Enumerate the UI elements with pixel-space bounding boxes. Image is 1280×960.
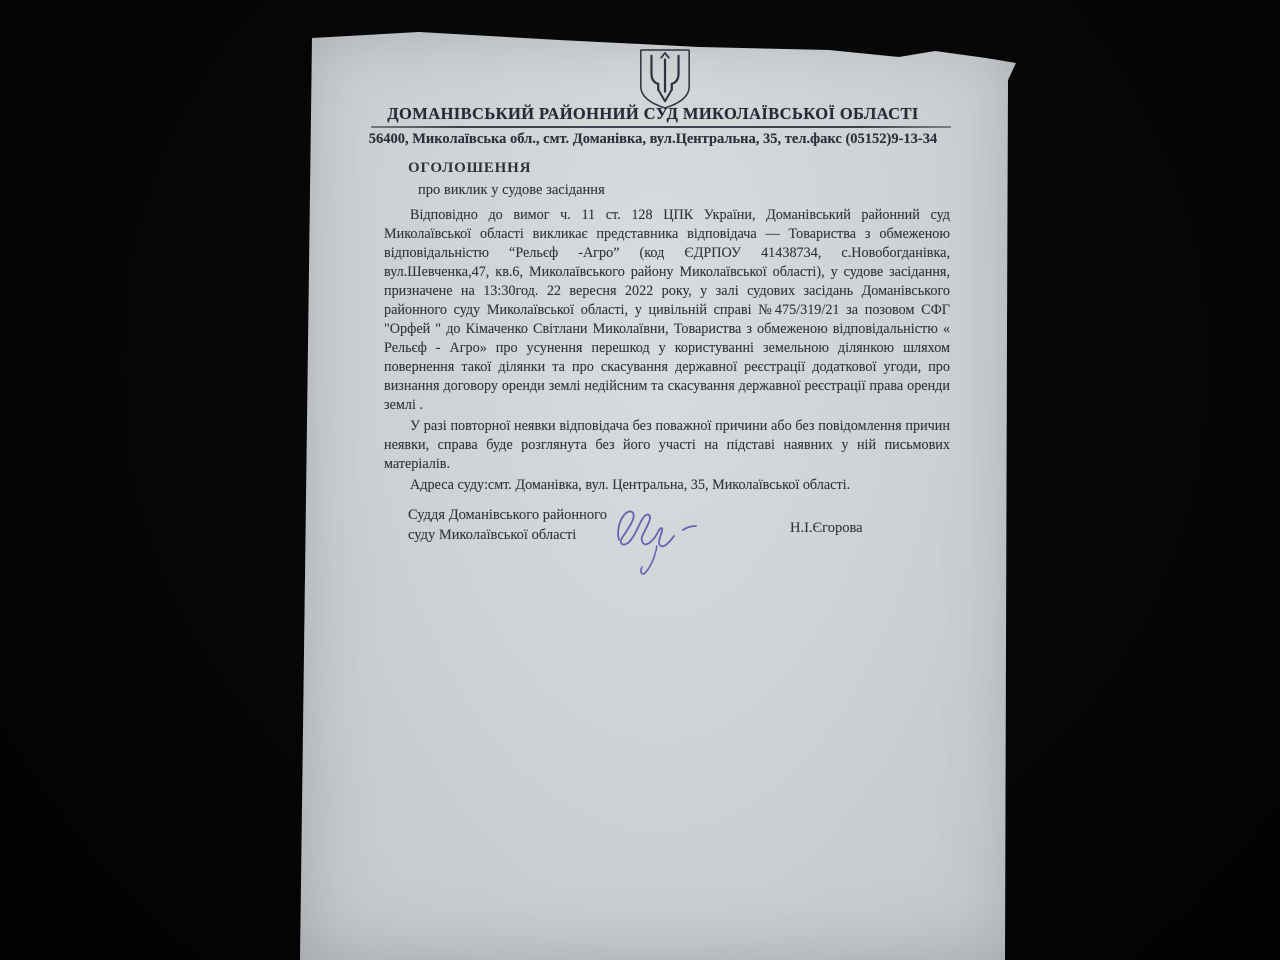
handwritten-signature-icon	[605, 488, 705, 583]
document-title: ОГОЛОШЕННЯ	[408, 160, 531, 177]
body-paragraph-2: У разі повторної неявки відповідача без …	[384, 417, 950, 474]
signature-block: Суддя Доманівського районного суду Микол…	[299, 503, 1017, 613]
paper-document: ДОМАНІВСЬКИЙ РАЙОННИЙ СУД МИКОЛАЇВСЬКОЇ …	[299, 30, 1017, 960]
document-content: ДОМАНІВСЬКИЙ РАЙОННИЙ СУД МИКОЛАЇВСЬКОЇ …	[299, 30, 1017, 960]
photo-background: { "colors": { "background": "#060606", "…	[0, 0, 1280, 960]
signer-name: Н.І.Єгорова	[790, 520, 863, 537]
court-contact-line: 56400, Миколаївська обл., смт. Доманівка…	[339, 131, 967, 148]
document-subtitle: про виклик у судове засідання	[418, 182, 605, 199]
document-body: Відповідно до вимог ч. 11 ст. 128 ЦПК Ук…	[384, 206, 950, 495]
ukraine-tryzub-coat-of-arms-icon	[636, 47, 694, 111]
signer-role-line-1: Суддя Доманівського районного	[408, 505, 607, 525]
body-paragraph-1: Відповідно до вимог ч. 11 ст. 128 ЦПК Ук…	[384, 206, 950, 415]
signer-role: Суддя Доманівського районного суду Микол…	[408, 505, 607, 545]
header-divider-rule	[371, 126, 951, 128]
signer-role-line-2: суду Миколаївської області	[408, 525, 607, 545]
court-name: ДОМАНІВСЬКИЙ РАЙОННИЙ СУД МИКОЛАЇВСЬКОЇ …	[339, 104, 967, 124]
